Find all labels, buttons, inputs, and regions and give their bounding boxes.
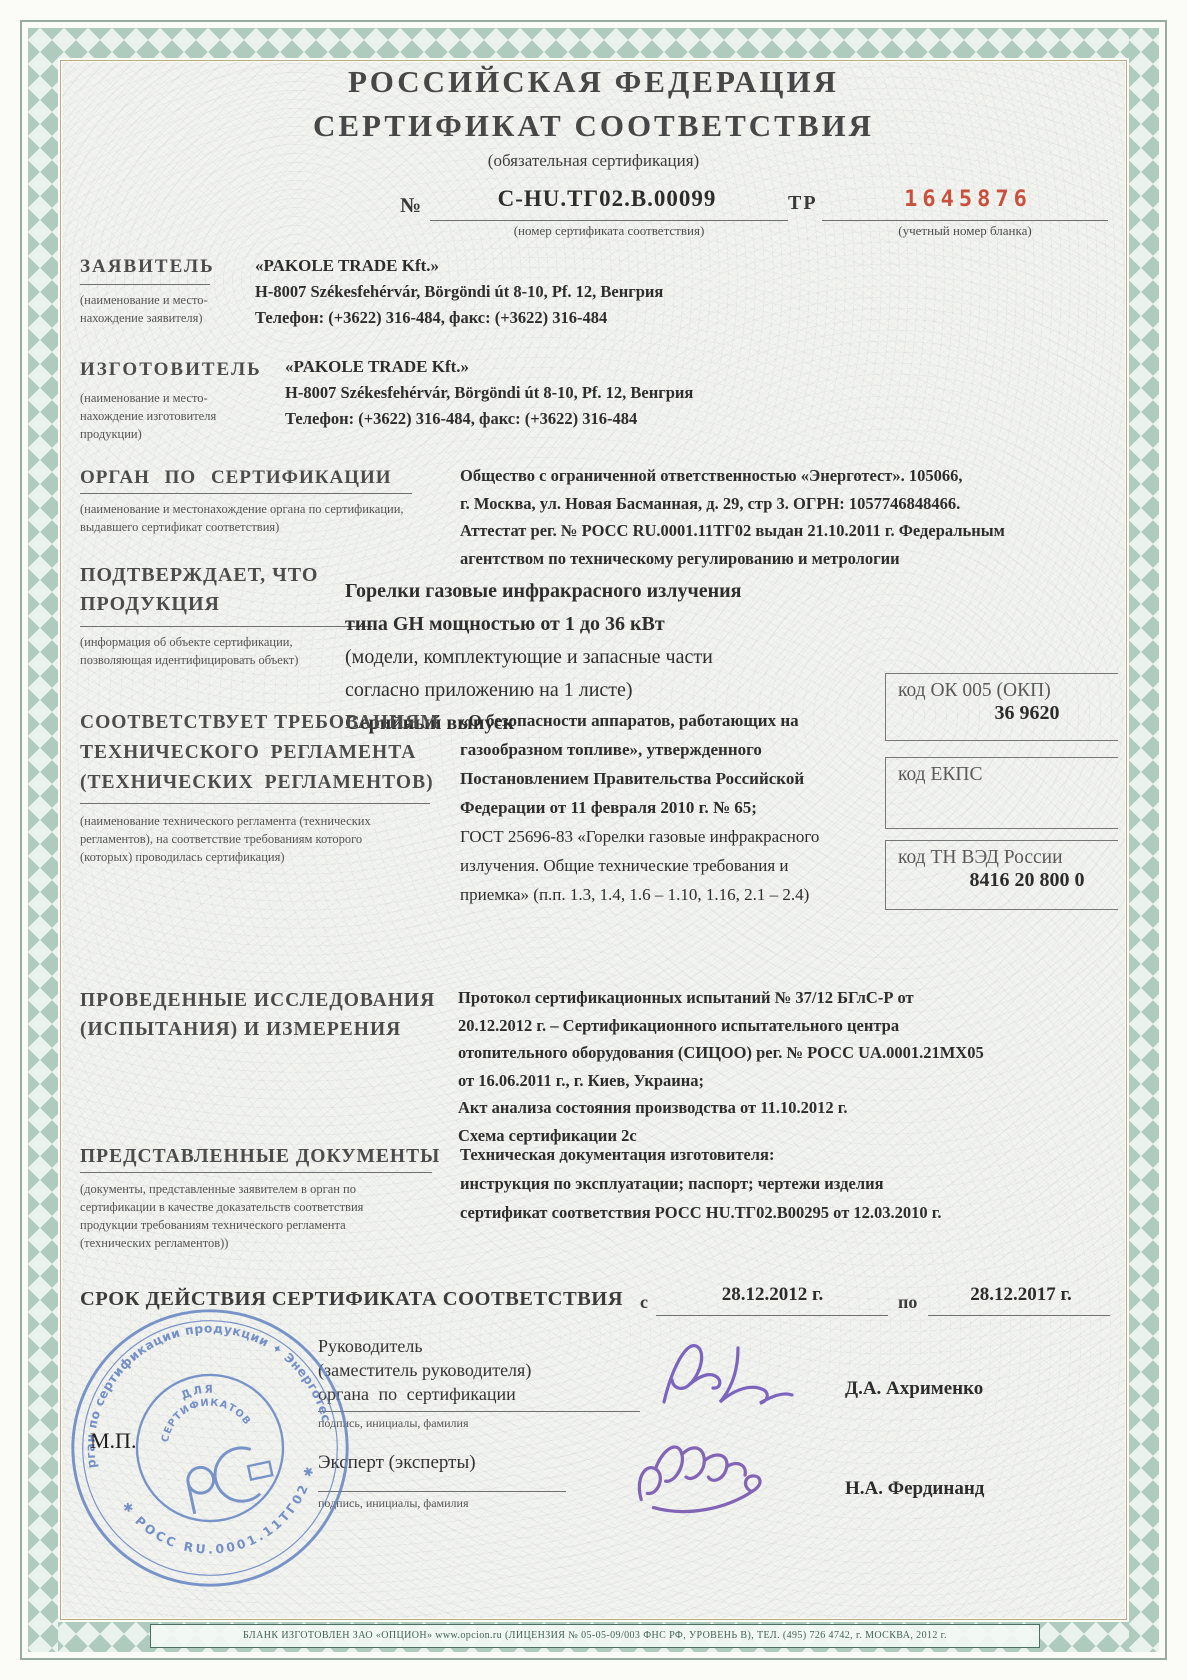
tests-label-line2: (ИСПЫТАНИЯ) И ИЗМЕРЕНИЯ bbox=[80, 1015, 435, 1044]
head-role-line2: (заместитель руководителя) bbox=[318, 1358, 531, 1382]
svg-text:СЕРТИФИКАТОВ: СЕРТИФИКАТОВ bbox=[153, 1389, 254, 1446]
compliance-section-label: СООТВЕТСТВУЕТ ТРЕБОВАНИЯМ ТЕХНИЧЕСКОГО Р… bbox=[80, 708, 440, 798]
documents-line: Техническая документация изготовителя: bbox=[460, 1140, 942, 1169]
cert-body-line: Общество с ограниченной ответственностью… bbox=[460, 462, 1005, 490]
blank-manufacturer-note: БЛАНК ИЗГОТОВЛЕН ЗАО «ОПЦИОН» www.opcion… bbox=[150, 1624, 1040, 1648]
svg-text:✱ РОСС RU.0001.11ТГ02 ✱: ✱ РОСС RU.0001.11ТГ02 ✱ bbox=[118, 1460, 332, 1575]
compliance-line-bold: «О безопасности аппаратов, работающих на bbox=[460, 706, 819, 735]
tests-line: от 16.06.2011 г., г. Киев, Украина; bbox=[458, 1067, 984, 1095]
product-line-bold: Горелки газовые инфракрасного излучения bbox=[345, 575, 741, 608]
cert-body-label-rule bbox=[80, 493, 412, 494]
product-line: согласно приложению на 1 листе) bbox=[345, 674, 741, 707]
tests-line: Акт анализа состояния производства от 11… bbox=[458, 1094, 984, 1122]
head-signature-rule bbox=[318, 1411, 640, 1412]
compliance-label-rule bbox=[80, 803, 430, 804]
validity-from-date: 28.12.2012 г. bbox=[660, 1284, 885, 1306]
product-label-rule bbox=[80, 626, 372, 627]
applicant-label-rule bbox=[80, 284, 210, 285]
certification-stamp: Орган по сертификации продукции ✦ Энерго… bbox=[34, 1272, 385, 1623]
tests-line: 20.12.2012 г. – Сертификационного испыта… bbox=[458, 1012, 984, 1040]
manufacturer-address: H-8007 Székesfehérvár, Börgöndi út 8-10,… bbox=[285, 380, 693, 406]
product-caption: (информация об объекте сертификации, поз… bbox=[80, 633, 298, 669]
documents-label-rule bbox=[80, 1172, 432, 1173]
applicant-caption: (наименование и место- нахождение заявит… bbox=[80, 291, 208, 327]
compliance-line-bold: Федерации от 11 февраля 2010 г. № 65; bbox=[460, 793, 819, 822]
cert-body-value: Общество с ограниченной ответственностью… bbox=[460, 462, 1005, 572]
tnved-code-value: 8416 20 800 0 bbox=[898, 869, 1110, 892]
manufacturer-caption: (наименование и место- нахождение изгото… bbox=[80, 389, 216, 443]
tests-text: Протокол сертификационных испытаний № 37… bbox=[458, 984, 984, 1149]
okp-code-value: 36 9620 bbox=[898, 702, 1110, 725]
tests-section-label: ПРОВЕДЕННЫЕ ИССЛЕДОВАНИЯ (ИСПЫТАНИЯ) И И… bbox=[80, 986, 435, 1044]
validity-to-rule bbox=[928, 1315, 1110, 1316]
compliance-caption: (наименование технического регламента (т… bbox=[80, 812, 371, 866]
cert-body-line: Аттестат рег. № РОСС RU.0001.11ТГ02 выда… bbox=[460, 517, 1005, 545]
manufacturer-phone: Телефон: (+3622) 316-484, факс: (+3622) … bbox=[285, 406, 693, 432]
manufacturer-value: «PAKOLE TRADE Kft.» H-8007 Székesfehérvá… bbox=[285, 354, 693, 432]
compliance-label-line2: ТЕХНИЧЕСКОГО РЕГЛАМЕНТА bbox=[80, 738, 440, 768]
applicant-address: H-8007 Székesfehérvár, Börgöndi út 8-10,… bbox=[255, 279, 663, 305]
certificate-page: РОССИЙСКАЯ ФЕДЕРАЦИЯ СЕРТИФИКАТ СООТВЕТС… bbox=[0, 0, 1187, 1680]
documents-line: сертификат соответствия РОСС HU.ТГ02.В00… bbox=[460, 1198, 942, 1227]
validity-from-rule bbox=[656, 1315, 888, 1316]
expert-name: Н.А. Фердинанд bbox=[845, 1478, 984, 1500]
compliance-line: приемка» (п.п. 1.3, 1.4, 1.6 – 1.10, 1.1… bbox=[460, 880, 819, 909]
tr-label: ТР bbox=[788, 192, 818, 215]
certificate-number: C-HU.ТГ02.В.00099 bbox=[432, 186, 782, 212]
compliance-line-bold: газообразном топливе», утвержденного bbox=[460, 735, 819, 764]
tnved-code-label: код ТН ВЭД России bbox=[898, 847, 1110, 869]
product-label-line2: ПРОДУКЦИЯ bbox=[80, 590, 318, 619]
cert-body-line: агентством по техническому регулированию… bbox=[460, 545, 1005, 573]
product-section-label: ПОДТВЕРЖДАЕТ, ЧТО ПРОДУКЦИЯ bbox=[80, 561, 318, 619]
compliance-line: излучения. Общие технические требования … bbox=[460, 851, 819, 880]
manufacturer-name: «PAKOLE TRADE Kft.» bbox=[285, 354, 693, 380]
country-title: РОССИЙСКАЯ ФЕДЕРАЦИЯ bbox=[0, 64, 1187, 100]
compliance-label-line3: (ТЕХНИЧЕСКИХ РЕГЛАМЕНТОВ) bbox=[80, 768, 440, 798]
okp-code-box: код ОК 005 (ОКП) 36 9620 bbox=[885, 673, 1118, 741]
head-name: Д.А. Ахрименко bbox=[845, 1378, 983, 1400]
applicant-phone: Телефон: (+3622) 316-484, факс: (+3622) … bbox=[255, 305, 663, 331]
documents-text: Техническая документация изготовителя: и… bbox=[460, 1140, 942, 1227]
stamp-inner-line2: СЕРТИФИКАТОВ bbox=[153, 1389, 254, 1446]
tests-label-line1: ПРОВЕДЕННЫЕ ИССЛЕДОВАНИЯ bbox=[80, 986, 435, 1015]
product-label-line1: ПОДТВЕРЖДАЕТ, ЧТО bbox=[80, 561, 318, 590]
head-role-line1: Руководитель bbox=[318, 1334, 531, 1358]
certificate-number-rule bbox=[430, 220, 788, 221]
compliance-label-line1: СООТВЕТСТВУЕТ ТРЕБОВАНИЯМ bbox=[80, 708, 440, 738]
guilloche-band-top bbox=[28, 28, 1159, 58]
compliance-line-bold: Постановлением Правительства Российской bbox=[460, 764, 819, 793]
ekps-code-box: код ЕКПС bbox=[885, 757, 1118, 829]
validity-from-label: с bbox=[640, 1292, 648, 1313]
stamp-ring-bottom-text: ✱ РОСС RU.0001.11ТГ02 ✱ bbox=[118, 1460, 332, 1575]
document-subtitle: (обязательная сертификация) bbox=[0, 151, 1187, 171]
certificate-number-caption: (номер сертификата соответствия) bbox=[430, 223, 788, 239]
document-title: СЕРТИФИКАТ СООТВЕТСТВИЯ bbox=[0, 108, 1187, 144]
rst-logo-icon bbox=[183, 1442, 277, 1513]
validity-to-label: по bbox=[898, 1292, 917, 1313]
okp-code-label: код ОК 005 (ОКП) bbox=[898, 680, 1110, 702]
applicant-value: «PAKOLE TRADE Kft.» H-8007 Székesfehérvá… bbox=[255, 253, 663, 331]
ekps-code-label: код ЕКПС bbox=[898, 764, 1110, 786]
compliance-line: ГОСТ 25696-83 «Горелки газовые инфракрас… bbox=[460, 822, 819, 851]
cert-body-caption: (наименование и местонахождение органа п… bbox=[80, 500, 404, 536]
guilloche-band-right bbox=[1129, 28, 1159, 1652]
applicant-label: ЗАЯВИТЕЛЬ bbox=[80, 253, 215, 281]
expert-signature-ink bbox=[622, 1418, 807, 1530]
blank-number-caption: (учетный номер бланка) bbox=[822, 223, 1108, 239]
product-line: (модели, комплектующие и запасные части bbox=[345, 641, 741, 674]
tests-line: отопительного оборудования (СИЦОО) рег. … bbox=[458, 1039, 984, 1067]
validity-to-date: 28.12.2017 г. bbox=[932, 1284, 1110, 1306]
manufacturer-label: ИЗГОТОВИТЕЛЬ bbox=[80, 356, 262, 384]
applicant-name: «PAKOLE TRADE Kft.» bbox=[255, 253, 663, 279]
blank-number: 1645876 bbox=[828, 187, 1108, 212]
documents-line: инструкция по эксплуатации; паспорт; чер… bbox=[460, 1169, 942, 1198]
stamp-place-label: М.П. bbox=[90, 1428, 136, 1454]
blank-number-rule bbox=[822, 220, 1108, 221]
head-signature-ink bbox=[645, 1330, 815, 1430]
cert-body-label: ОРГАН ПО СЕРТИФИКАЦИИ bbox=[80, 464, 392, 492]
number-sign: № bbox=[400, 193, 421, 218]
compliance-text: «О безопасности аппаратов, работающих на… bbox=[460, 706, 819, 909]
tnved-code-box: код ТН ВЭД России 8416 20 800 0 bbox=[885, 840, 1118, 910]
tests-line: Протокол сертификационных испытаний № 37… bbox=[458, 984, 984, 1012]
documents-caption: (документы, представленные заявителем в … bbox=[80, 1180, 363, 1253]
product-line-bold: типа GH мощностью от 1 до 36 кВт bbox=[345, 608, 741, 641]
cert-body-line: г. Москва, ул. Новая Басманная, д. 29, с… bbox=[460, 490, 1005, 518]
documents-label: ПРЕДСТАВЛЕННЫЕ ДОКУМЕНТЫ bbox=[80, 1143, 440, 1171]
